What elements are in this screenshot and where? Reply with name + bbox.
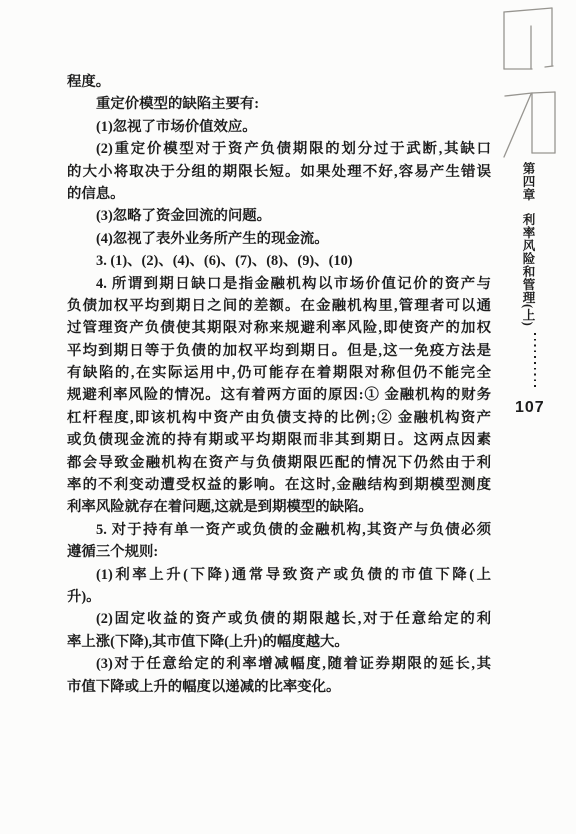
body-text: 程度。重定价模型的缺陷主要有:(1)忽视了市场价值效应。(2)重定价模型对于资产… [67, 71, 491, 698]
text-line: 规避利率风险的情况。这有着两方面的原因:① 金融机构的财务 [67, 384, 491, 406]
text-line: 遵循三个规则: [67, 541, 491, 563]
spacer [528, 201, 529, 213]
text-line: 升)。 [67, 586, 491, 608]
dotted-leader [534, 333, 536, 391]
text-line: 的信息。 [67, 183, 491, 205]
text-line: (4)忽视了表外业务所产生的现金流。 [67, 228, 491, 250]
text-line: 3. (1)、(2)、(4)、(6)、(7)、(8)、(9)、(10) [67, 250, 491, 272]
text-line: 率的不利变动遭受权益的影响。在这时,金融结构到期模型测度 [67, 474, 491, 496]
chapter-title: 利率风险和管理(上) [521, 213, 535, 326]
text-line: 5. 对于持有单一资产或负债的金融机构,其资产与负债必须 [67, 519, 491, 541]
page-number: 107 [515, 399, 545, 417]
text-line: (2)固定收益的资产或负债的期限越长,对于任意给定的利 [67, 608, 491, 630]
text-line: (1)忽视了市场价值效应。 [67, 116, 491, 138]
text-line: 过管理资产负债使其期限对称来规避利率风险,即使资产的加权 [67, 317, 491, 339]
text-line: 利率风险就存在着问题,这就是到期模型的缺陷。 [67, 496, 491, 518]
text-line: (1)利率上升(下降)通常导致资产或负债的市值下降(上 [67, 564, 491, 586]
text-line: 或负债现金流的持有期或平均期限而非其到期日。这两点因素 [67, 429, 491, 451]
chapter-number: 第四章 [521, 162, 535, 201]
pen-mark-icon [502, 89, 558, 158]
text-line: 4. 所谓到期日缺口是指金融机构以市场价值记价的资产与 [67, 273, 491, 295]
text-line: 市值下降或上升的幅度以递减的比率变化。 [67, 676, 491, 698]
text-line: 平均到期日等于负债的加权平均到期日。但是,这一免疫方法是 [67, 340, 491, 362]
text-line: 程度。 [67, 71, 491, 93]
text-line: 有缺陷的,在实际运用中,仍可能存在着期限对称但仍不能完全 [67, 362, 491, 384]
text-line: (3)忽略了资金回流的问题。 [67, 205, 491, 227]
text-line: (3)对于任意给定的利率增减幅度,随着证券期限的延长,其 [67, 653, 491, 675]
text-line: 的大小将取决于分组的期限长短。如果处理不好,容易产生错误 [67, 161, 491, 183]
text-line: (2)重定价模型对于资产负债期限的划分过于武断,其缺口 [67, 138, 491, 160]
text-line: 杠杆程度,即该机构中资产由负债支持的比例;② 金融机构资产 [67, 407, 491, 429]
pen-mark-icon [502, 7, 556, 73]
text-line: 率上涨(下降),其市值下降(上升)的幅度越大。 [67, 631, 491, 653]
text-line: 负债加权平均到期日之间的差额。在金融机构里,管理者可以通 [67, 295, 491, 317]
text-line: 重定价模型的缺陷主要有: [67, 93, 491, 115]
text-line: 都会导致金融机构在资产与负债期限匹配的情况下仍然由于利 [67, 452, 491, 474]
book-page: 程度。重定价模型的缺陷主要有:(1)忽视了市场价值效应。(2)重定价模型对于资产… [0, 0, 576, 834]
